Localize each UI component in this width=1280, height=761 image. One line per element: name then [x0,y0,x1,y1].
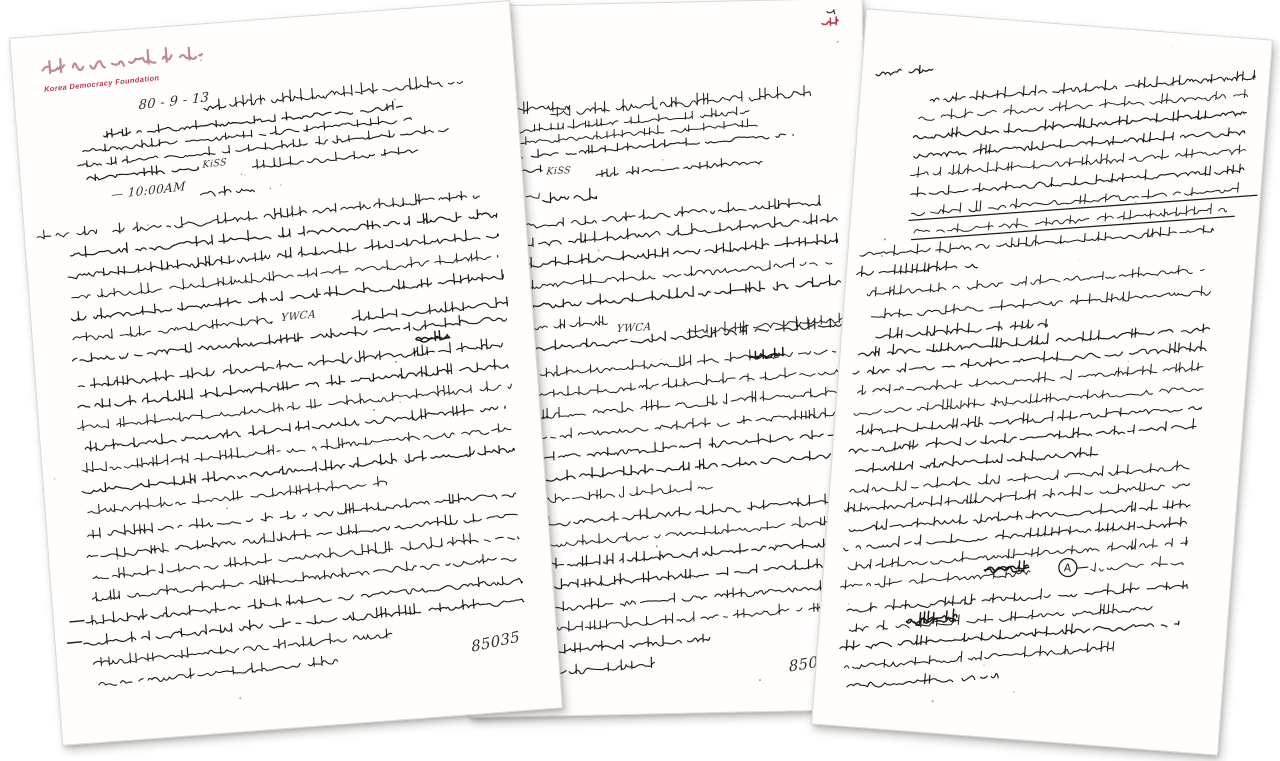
scanned-page-left: Korea Democracy Foundation 80 - 9 - 13 —… [9,0,563,746]
handwriting-line [848,512,1187,596]
handwriting-line [98,655,338,686]
photocopy-speck [395,361,397,363]
photocopy-speck [200,59,202,61]
handwriting-line [77,338,503,389]
photocopy-speck [226,507,228,509]
handwriting-line [82,114,412,153]
latin-fragment-ywca: YWCA [616,321,652,335]
photocopy-speck [1170,620,1171,621]
handwriting-line [876,62,933,80]
photocopy-speck [656,545,658,547]
photocopy-speck [1138,291,1139,292]
handwriting-line [919,65,1248,145]
handwriting-line [76,379,519,431]
photocopy-speck [239,697,241,699]
photocopy-speck [1014,691,1015,692]
photocopy-speck [617,168,618,169]
handwriting-line [849,583,1152,654]
photocopy-speck [884,238,886,240]
handwriting-line [229,74,464,107]
photocopy-speck [1078,260,1079,261]
handwriting-line [83,595,525,645]
photocopy-speck [837,41,839,43]
underline-mark [909,169,1257,247]
scratch-out-mark [750,347,784,359]
handwriting-line [856,381,1201,460]
scanned-documents-canvas: KiSS YWCA 85035 …보 계엄보통 군법회의 제18회 공판. 개정… [0,0,1280,761]
handwriting-line [849,393,1197,479]
handwriting-line [87,476,387,514]
handwriting-line [857,335,1203,420]
photocopy-speck [598,250,600,252]
photocopy-speck [389,638,390,639]
photocopy-speck [373,409,375,411]
handwriting-line [551,105,574,116]
scratch-out-mark [984,558,1029,576]
handwriting-line [82,423,512,473]
photocopy-speck [269,187,271,189]
circled-a-label: A [1063,561,1072,575]
handwriting-line [91,552,523,602]
photocopy-speck [1128,361,1129,362]
scratch-out-mark [415,330,450,343]
photocopy-speck [983,665,984,666]
handwriting-line [847,662,998,698]
photocopy-speck [932,700,934,702]
photocopy-speck [662,159,663,160]
dash-mark [70,621,84,622]
photocopy-speck [953,638,954,639]
photocopy-speck [784,577,785,578]
handwriting-line [1091,551,1184,578]
scanned-page-right: A 추가: 검사가 김재화의 … 사건에 대한 검찰부 수사결과 발표문을 보도… [811,8,1273,755]
handwriting-line [87,489,517,538]
photocopy-speck [775,544,777,546]
handwriting-line [844,621,1117,688]
handwriting-line [86,163,198,181]
photocopy-speck [241,173,243,175]
handwriting-line [42,45,203,73]
handwriting-line [910,120,1245,202]
handwriting-line [849,475,1190,557]
handwriting-line [92,629,392,667]
handwriting-line [37,225,98,239]
handwriting-line [112,189,480,233]
handwriting-line [930,46,1255,126]
handwriting-line [542,188,596,203]
handwriting-line [576,86,810,115]
photocopy-speck [848,604,849,605]
handwriting-line [72,316,272,342]
handwriting-svg: A [812,9,1272,754]
photocopy-speck [650,389,652,391]
handwriting-line [871,261,1210,343]
photocopy-speck [759,679,761,681]
photocopy-speck [1172,46,1173,47]
handwriting-line [85,574,523,625]
handwriting-line [71,249,499,299]
handwriting-line [596,158,762,177]
photocopy-speck [117,558,119,560]
handwriting-line [200,184,255,197]
handwriting-line [867,242,1204,321]
handwriting-line [856,429,1099,489]
handwriting-line [857,255,978,285]
handwriting-line [876,306,1048,350]
handwriting-line [69,208,497,258]
photocopy-speck [54,478,55,479]
photocopy-speck [147,224,149,226]
handwriting-line [822,17,838,25]
handwriting-svg [10,1,562,744]
photocopy-speck [873,394,874,395]
photocopy-speck [639,412,640,413]
handwriting-line [77,124,449,167]
handwriting-line [252,146,418,169]
handwriting-line [827,10,835,14]
photocopy-speck [244,175,245,176]
dash-mark [68,642,82,643]
photocopy-speck [280,184,281,185]
photocopy-speck [660,359,661,360]
handwriting-line [351,297,508,321]
handwriting-line [840,596,1179,676]
photocopy-speck [399,402,401,404]
photocopy-speck [881,255,883,257]
latin-fragment-kiss: KiSS [546,165,572,178]
photocopy-speck [394,99,396,101]
photocopy-speck [1135,201,1136,202]
annotation-tail [1077,566,1088,569]
